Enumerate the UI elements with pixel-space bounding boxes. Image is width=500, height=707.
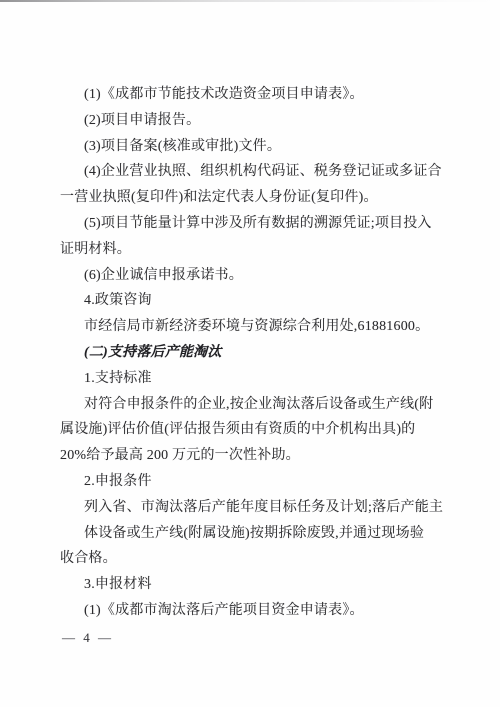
text-line: 证明材料。 <box>60 237 456 263</box>
text-line: 收合格。 <box>60 546 456 572</box>
list-item: (1)《成都市淘汰落后产能项目资金申请表》。 <box>60 598 456 624</box>
list-item: (6)企业诚信申报承诺书。 <box>60 263 456 289</box>
text-line: 对符合申报条件的企业,按企业淘汰落后设备或生产线(附 <box>60 392 456 418</box>
document-page: (1)《成都市节能技术改造资金项目申请表》。 (2)项目申请报告。 (3)项目备… <box>0 0 500 707</box>
section-heading: (二)支持落后产能淘汰 <box>60 340 456 366</box>
sub-heading: 4.政策咨询 <box>60 288 456 314</box>
scan-artifact-top <box>0 0 500 2</box>
text-line: 20%给予最高 200 万元的一次性补助。 <box>60 443 456 469</box>
text-line: 属设施)评估价值(评估报告须由有资质的中介机构出具)的 <box>60 417 456 443</box>
list-item: (1)《成都市节能技术改造资金项目申请表》。 <box>60 82 456 108</box>
text-line: 市经信局市新经济委环境与资源综合利用处,61881600。 <box>60 314 456 340</box>
list-item: (3)项目备案(核准或审批)文件。 <box>60 134 456 160</box>
list-item: (5)项目节能量计算中涉及所有数据的溯源凭证;项目投入 <box>60 211 456 237</box>
text-line: 一营业执照(复印件)和法定代表人身份证(复印件)。 <box>60 185 456 211</box>
sub-heading: 1.支持标准 <box>60 366 456 392</box>
sub-heading: 2.申报条件 <box>60 469 456 495</box>
list-item: (2)项目申请报告。 <box>60 108 456 134</box>
list-item: (4)企业营业执照、组织机构代码证、税务登记证或多证合 <box>60 159 456 185</box>
text-line: 列入省、市淘汰落后产能年度目标任务及计划;落后产能主 <box>60 495 456 521</box>
text-line: 体设备或生产线(附属设施)按期拆除废毁,并通过现场验 <box>60 521 456 547</box>
page-number: — 4 — <box>62 629 114 647</box>
sub-heading: 3.申报材料 <box>60 572 456 598</box>
document-body: (1)《成都市节能技术改造资金项目申请表》。 (2)项目申请报告。 (3)项目备… <box>60 82 456 624</box>
